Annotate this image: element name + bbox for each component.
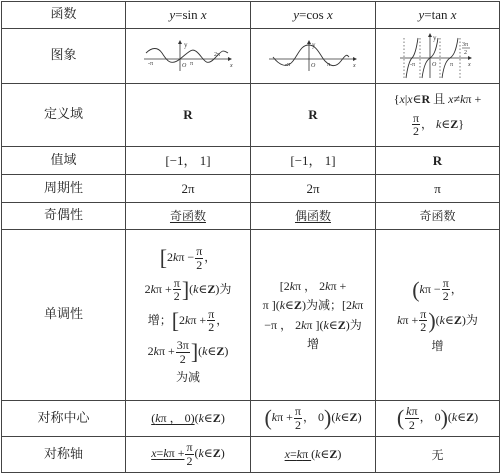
svg-text:π: π <box>450 62 453 68</box>
parity-cos: 偶函数 <box>251 203 376 230</box>
axis-tan: 无 <box>376 437 500 473</box>
cosine-graph-icon: y x -π O π <box>265 39 361 73</box>
tan-graph-cell: y x -π O π 3π 2 <box>376 29 500 84</box>
monotonicity-cos: [2kπ ， 2kπ + π ](k∈Z)为减；[2kπ −π ， 2kπ ](… <box>251 230 376 401</box>
parity-label: 奇偶性 <box>2 203 126 230</box>
period-cos: 2π <box>251 175 376 203</box>
range-label: 值域 <box>2 147 126 175</box>
svg-text:x: x <box>467 62 471 68</box>
header-label: 函数 <box>2 2 126 29</box>
symmetry-center-row: 对称中心 (kπ ， 0)(k∈Z) (kπ +π2， 0)(k∈Z) (kπ2… <box>2 401 500 437</box>
header-tan: y=tan x <box>376 2 500 29</box>
svg-text:2: 2 <box>464 50 467 56</box>
center-tan: (kπ2， 0)(k∈Z) <box>376 401 500 437</box>
range-sin: [−1， 1] <box>126 147 251 175</box>
parity-tan: 奇函数 <box>376 203 500 230</box>
graph-row: 图象 y x -π O π 2π y <box>2 29 500 84</box>
period-label: 周期性 <box>2 175 126 203</box>
svg-text:-π: -π <box>285 62 290 68</box>
sin-graph-cell: y x -π O π 2π <box>126 29 251 84</box>
range-row: 值域 [−1， 1] [−1， 1] R <box>2 147 500 175</box>
header-sin: y=sin x <box>126 2 251 29</box>
monotonicity-sin: [2kπ −π2， 2kπ +π2](k∈Z)为 增；[2kπ +π2， 2kπ… <box>126 230 251 401</box>
period-sin: 2π <box>126 175 251 203</box>
svg-text:y: y <box>312 41 316 49</box>
graph-label: 图象 <box>2 29 126 84</box>
trig-properties-table: 函数 y=sin x y=cos x y=tan x 图象 y x -π O π… <box>1 1 500 473</box>
symmetry-axis-label: 对称轴 <box>2 437 126 473</box>
svg-text:3π: 3π <box>462 42 468 48</box>
axis-cos: x=kπ (k∈Z) <box>251 437 376 473</box>
parity-row: 奇偶性 奇函数 偶函数 奇函数 <box>2 203 500 230</box>
svg-text:O: O <box>182 63 187 69</box>
svg-text:π: π <box>327 62 330 68</box>
svg-text:y: y <box>433 34 437 42</box>
domain-label: 定义域 <box>2 84 126 147</box>
range-cos: [−1， 1] <box>251 147 376 175</box>
svg-text:x: x <box>352 63 356 69</box>
svg-text:O: O <box>311 63 316 69</box>
domain-row: 定义域 R R {x|x∈R 且 x≠kπ + π2， k∈Z} <box>2 84 500 147</box>
svg-text:-π: -π <box>148 61 153 67</box>
header-cos: y=cos x <box>251 2 376 29</box>
domain-sin: R <box>126 84 251 147</box>
center-cos: (kπ +π2， 0)(k∈Z) <box>251 401 376 437</box>
domain-tan: {x|x∈R 且 x≠kπ + π2， k∈Z} <box>376 84 500 147</box>
svg-text:π: π <box>190 61 193 67</box>
sine-graph-icon: y x -π O π 2π <box>140 39 236 73</box>
monotonicity-row: 单调性 [2kπ −π2， 2kπ +π2](k∈Z)为 增；[2kπ +π2，… <box>2 230 500 401</box>
period-row: 周期性 2π 2π π <box>2 175 500 203</box>
range-tan: R <box>376 147 500 175</box>
tangent-graph-icon: y x -π O π 3π 2 <box>396 32 480 80</box>
monotonicity-tan: (kπ −π2， kπ +π2)(k∈Z)为 增 <box>376 230 500 401</box>
cos-graph-cell: y x -π O π <box>251 29 376 84</box>
monotonicity-label: 单调性 <box>2 230 126 401</box>
domain-cos: R <box>251 84 376 147</box>
symmetry-axis-row: 对称轴 x=kπ +π2(k∈Z) x=kπ (k∈Z) 无 <box>2 437 500 473</box>
svg-text:O: O <box>432 62 437 68</box>
axis-sin: x=kπ +π2(k∈Z) <box>126 437 251 473</box>
header-row: 函数 y=sin x y=cos x y=tan x <box>2 2 500 29</box>
svg-text:y: y <box>184 41 188 49</box>
svg-text:x: x <box>229 63 233 69</box>
symmetry-center-label: 对称中心 <box>2 401 126 437</box>
center-sin: (kπ ， 0)(k∈Z) <box>126 401 251 437</box>
svg-text:-π: -π <box>410 62 415 68</box>
period-tan: π <box>376 175 500 203</box>
svg-text:2π: 2π <box>214 52 220 58</box>
parity-sin: 奇函数 <box>126 203 251 230</box>
